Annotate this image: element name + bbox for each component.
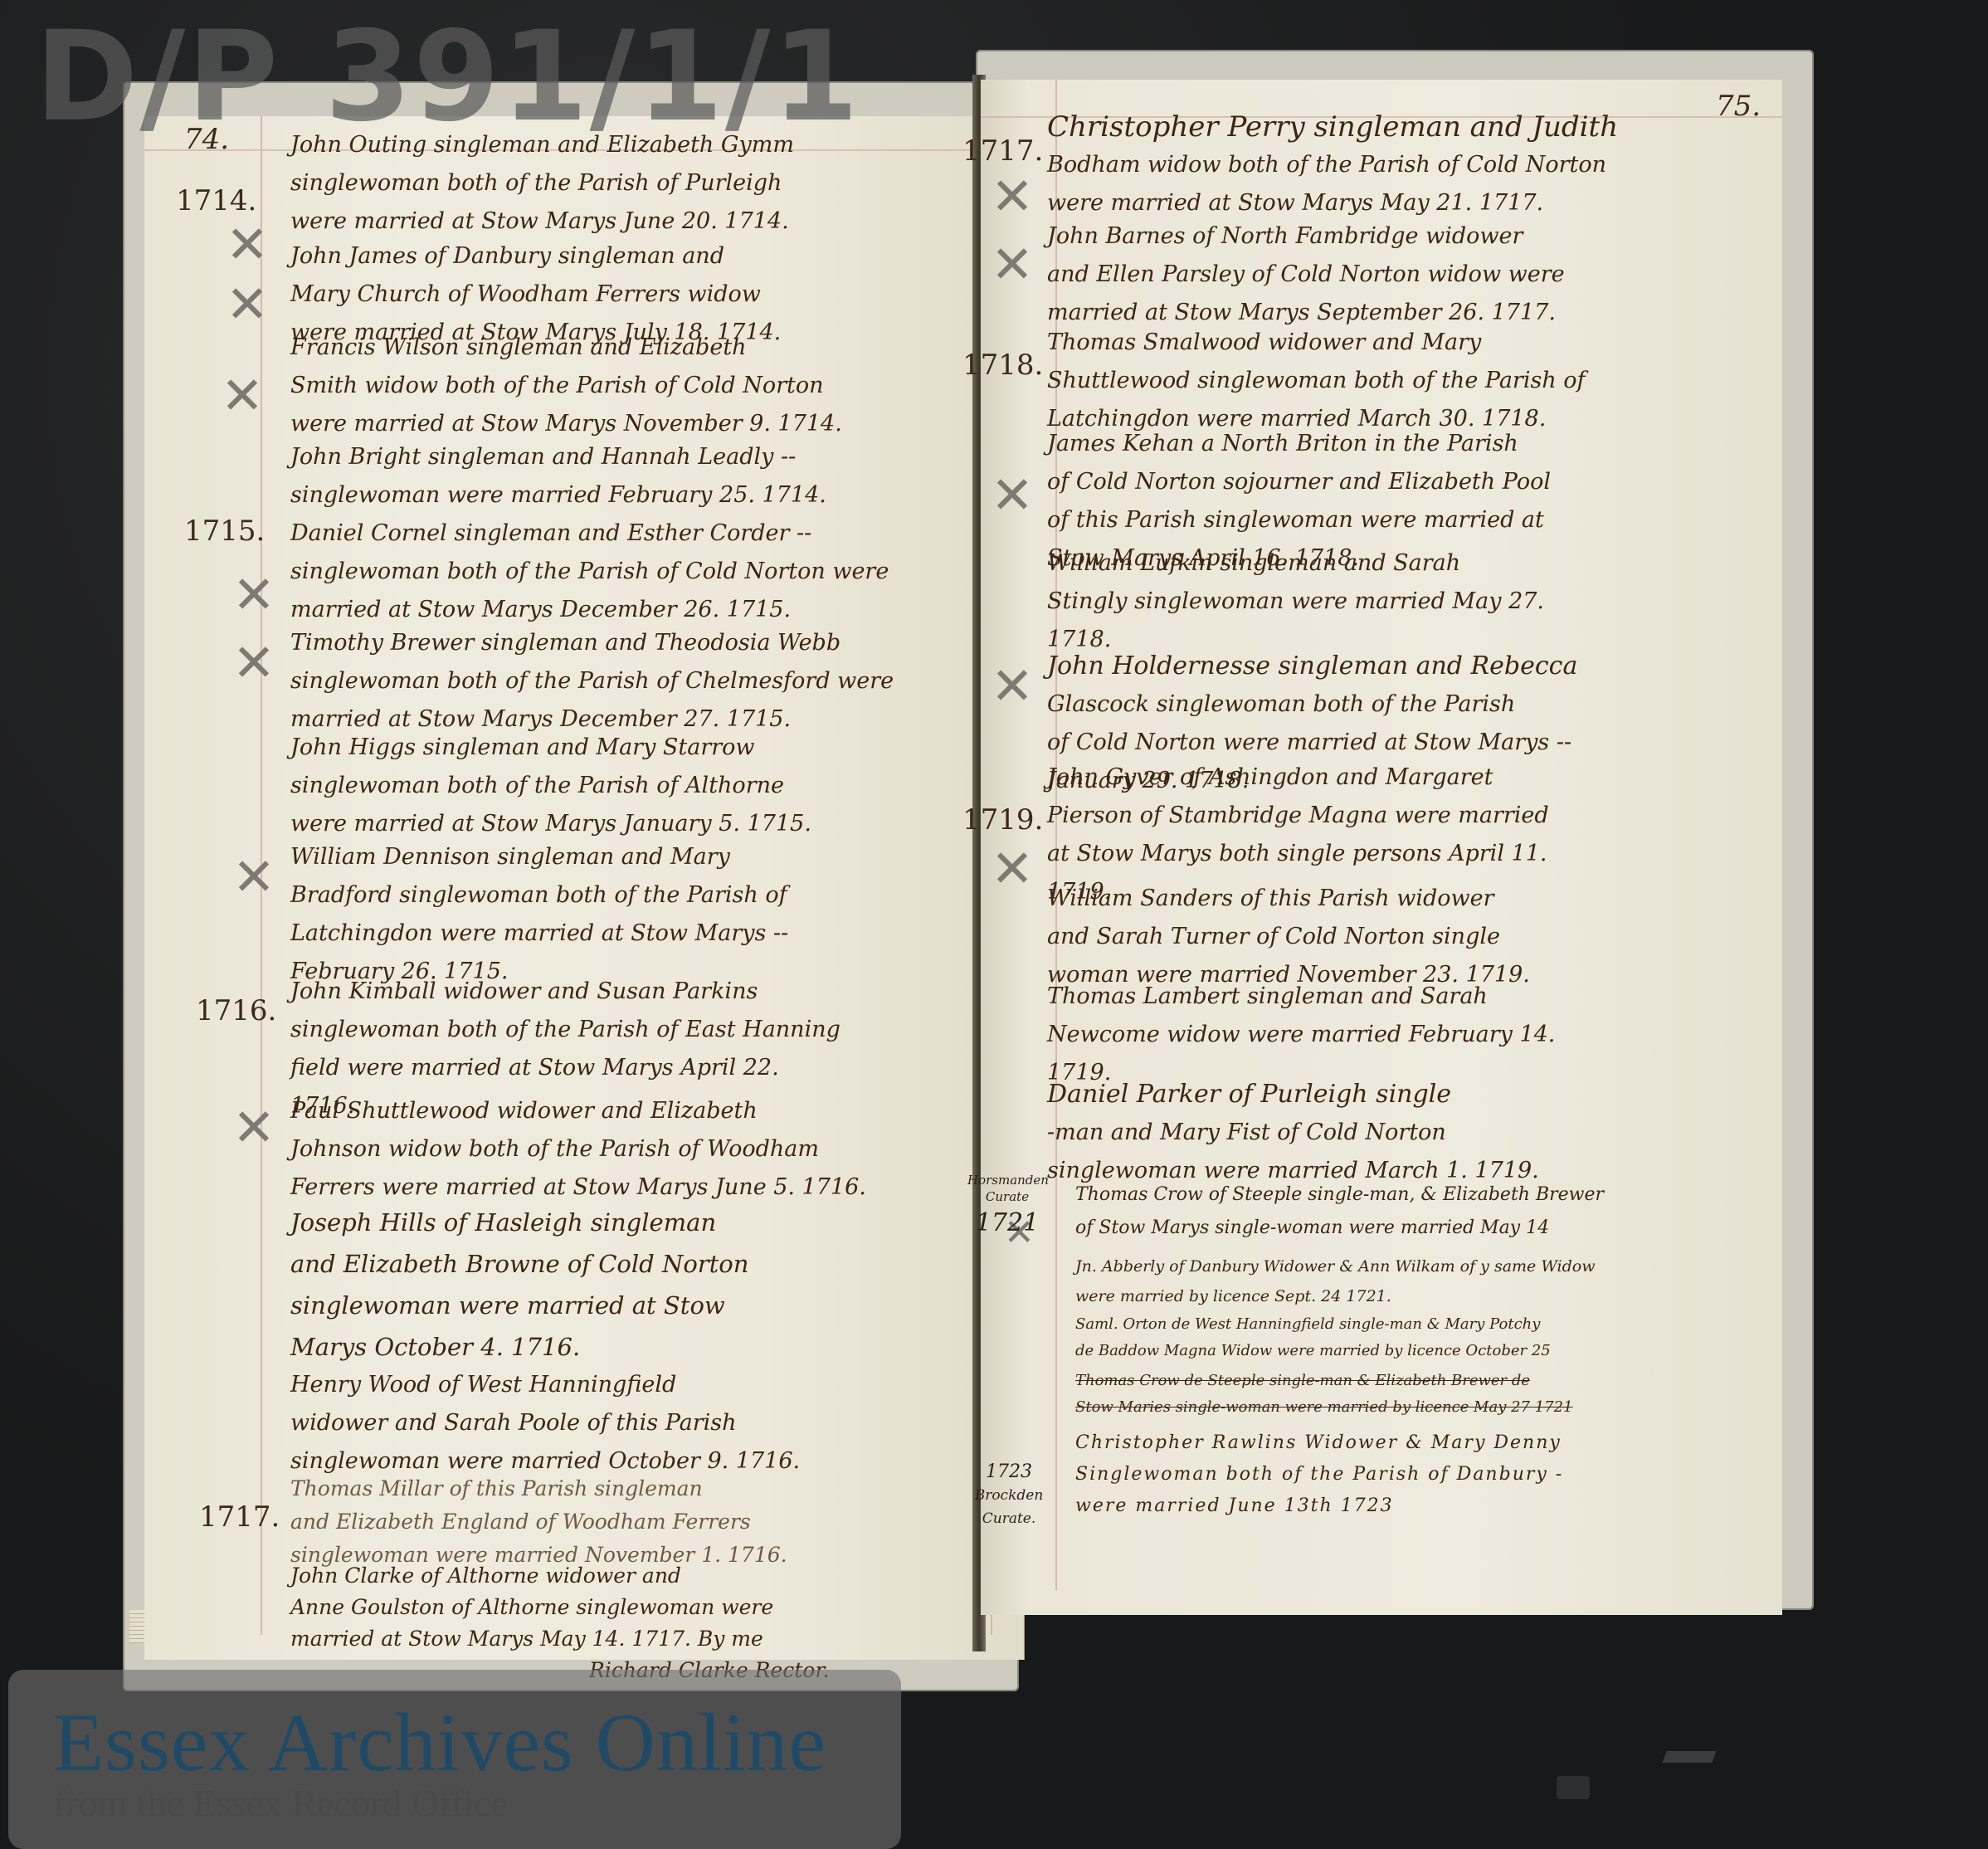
- margin-year: 1716.: [196, 994, 276, 1027]
- marriage-entry: Thomas Millar of this Parish singleman a…: [290, 1472, 787, 1572]
- marriage-entry: John Bright singleman and Hannah Leadly …: [290, 438, 826, 515]
- marriage-entry: John Higgs singleman and Mary Starrow si…: [290, 729, 811, 843]
- margin-year: 1714.: [176, 184, 256, 217]
- marriage-entry: Paul Shuttlewood widower and Elizabeth J…: [290, 1092, 866, 1207]
- margin-annotation-curate: 1723 Brockden Curate.: [969, 1461, 1049, 1530]
- marriage-entry: Daniel Cornel singleman and Esther Corde…: [290, 515, 889, 629]
- cross-mark: ✕: [991, 656, 1034, 716]
- marriage-entry: Jn. Abberly of Danbury Widower & Ann Wil…: [1075, 1251, 1595, 1311]
- marriage-entry: William Lufkin singleman and Sarah Sting…: [1047, 544, 1544, 659]
- book-clamp: [1557, 1776, 1590, 1799]
- cross-mark: ✕: [232, 846, 275, 907]
- margin-year: 1719.: [962, 803, 1043, 837]
- marriage-entry: Daniel Parker of Purleigh single -man an…: [1047, 1076, 1539, 1190]
- margin-year: 1717.: [962, 134, 1043, 168]
- branding-subtitle: from the Essex Record Office: [53, 1784, 508, 1822]
- marriage-entry: Timothy Brewer singleman and Theodosia W…: [290, 624, 894, 739]
- margin-year: 1717.: [199, 1500, 280, 1534]
- marriage-entry: Joseph Hills of Hasleigh singleman and E…: [290, 1202, 748, 1368]
- cross-mark: ✕: [232, 632, 275, 693]
- cross-mark: ✕: [226, 274, 269, 334]
- marriage-entry: Christopher Perry singleman and Judith B…: [1047, 108, 1618, 222]
- marriage-entry: Thomas Crow of Steeple single-man, & Eli…: [1075, 1178, 1604, 1245]
- cross-mark: ✕: [991, 166, 1034, 227]
- marriage-entry: Saml. Orton de West Hanningfield single-…: [1075, 1311, 1551, 1364]
- marriage-entry: Thomas Smalwood widower and Mary Shuttle…: [1047, 324, 1586, 438]
- branding-title: Essex Archives Online: [53, 1701, 826, 1784]
- cross-mark: ✕: [991, 234, 1034, 295]
- marriage-entry: John Barnes of North Fambridge widower a…: [1047, 217, 1565, 332]
- marriage-entry: William Dennison singleman and Mary Brad…: [290, 838, 788, 991]
- margin-annotation-curate: Horsmanden Curate 1721: [967, 1172, 1047, 1242]
- cross-mark: ✕: [991, 838, 1034, 899]
- cross-mark: ✕: [991, 465, 1034, 525]
- marriage-entry: Christopher Rawlins Widower & Mary Denny…: [1075, 1427, 1563, 1522]
- cross-mark: ✕: [226, 214, 269, 275]
- cross-mark: ✕: [232, 1097, 275, 1158]
- document-reference-watermark: D/P 391/1/1: [35, 15, 860, 139]
- marriage-entry: Henry Wood of West Hanningfield widower …: [290, 1366, 800, 1481]
- margin-year: 1718.: [962, 349, 1043, 382]
- book-clamp: [1662, 1751, 1716, 1763]
- margin-year: 1715.: [184, 515, 265, 548]
- struck-marriage-entry: Thomas Crow de Steeple single-man & Eliz…: [1075, 1368, 1573, 1421]
- cross-mark: ✕: [221, 365, 264, 426]
- marriage-entry: John Clarke of Althorne widower and Anne…: [290, 1560, 829, 1686]
- marriage-entry: Francis Wilson singleman and Elizabeth S…: [290, 329, 842, 443]
- page-number-right: 75.: [1716, 90, 1761, 123]
- cross-mark: ✕: [232, 564, 275, 625]
